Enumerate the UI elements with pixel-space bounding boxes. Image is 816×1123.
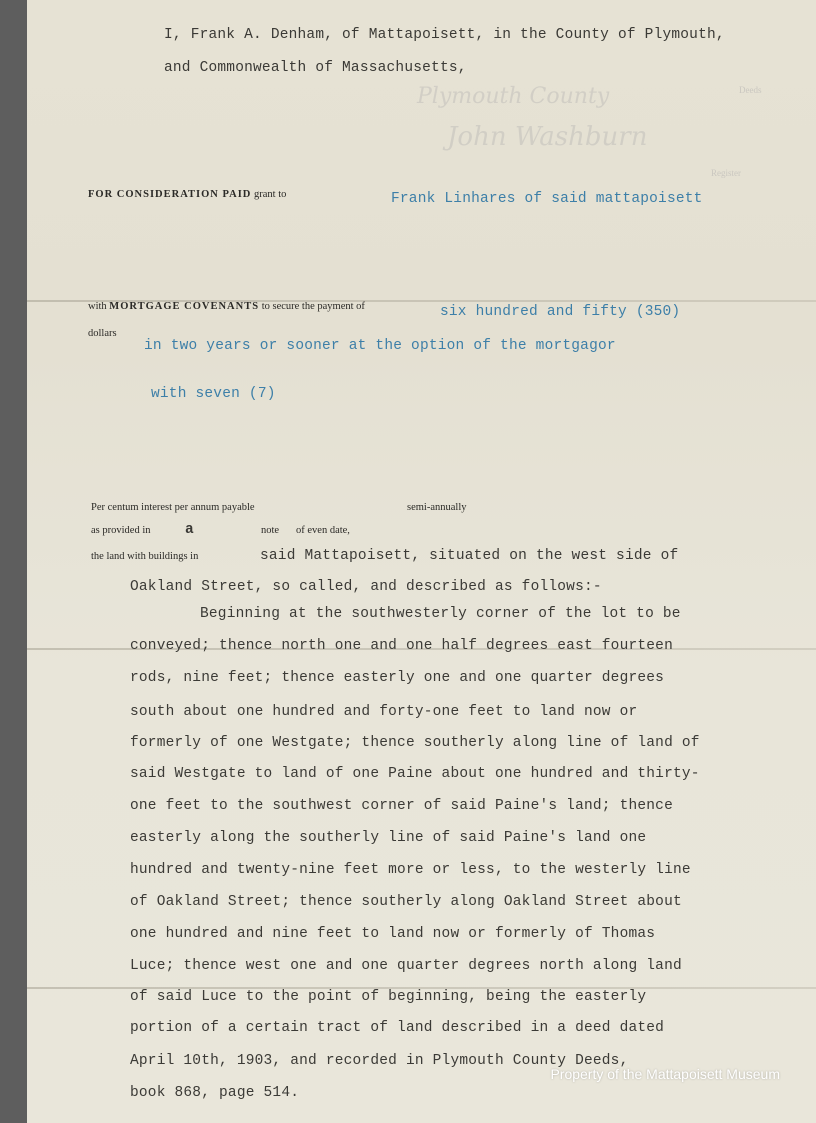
interest-rate: with seven (7) — [151, 386, 276, 402]
description-line: Beginning at the southwesterly corner of… — [200, 606, 681, 622]
mortgage-label-prefix: with — [88, 301, 107, 312]
description-line: one feet to the southwest corner of said… — [130, 798, 673, 814]
description-line: south about one hundred and forty-one fe… — [130, 704, 637, 720]
land-label: the land with buildings in — [91, 551, 198, 562]
deed-page: Plymouth County John Washburn Deeds Regi… — [27, 0, 816, 1123]
consideration-label: FOR CONSIDERATION PAID grant to — [88, 189, 286, 200]
description-line: one hundred and nine feet to land now or… — [130, 926, 655, 942]
grantor-line: I, Frank A. Denham, of Mattapoisett, in … — [164, 27, 725, 43]
description-line: said Westgate to land of one Paine about… — [130, 766, 700, 782]
mortgage-label-rest: to secure the payment of — [262, 301, 365, 312]
bleed-through-signature: John Washburn — [447, 122, 647, 152]
grantor-line: and Commonwealth of Massachusetts, — [164, 60, 467, 76]
description-line: rods, nine feet; thence easterly one and… — [130, 670, 664, 686]
description-line: said Mattapoisett, situated on the west … — [260, 548, 678, 564]
interest-label: Per centum interest per annum payable — [91, 502, 255, 513]
consideration-label-rest: grant to — [254, 189, 286, 200]
consideration-label-bold: FOR CONSIDERATION PAID — [88, 189, 251, 200]
description-line: Luce; thence west one and one quarter de… — [130, 958, 682, 974]
provided-label: as provided in — [91, 525, 151, 536]
bleed-through-script: Plymouth County — [417, 84, 609, 109]
description-line: Oakland Street, so called, and described… — [130, 579, 602, 595]
description-line: of Oakland Street; thence southerly alon… — [130, 894, 682, 910]
bleed-through-label: Deeds — [739, 85, 762, 95]
description-line: conveyed; thence north one and one half … — [130, 638, 673, 654]
note-label: note — [261, 525, 279, 536]
description-line: portion of a certain tract of land descr… — [130, 1020, 664, 1036]
description-line: of said Luce to the point of beginning, … — [130, 989, 646, 1005]
grantee-name: Frank Linhares of said mattapoisett — [391, 191, 703, 207]
museum-watermark: Property of the Mattapoisett Museum — [550, 1066, 780, 1082]
dollars-label: dollars — [88, 328, 117, 339]
payment-terms: in two years or sooner at the option of … — [144, 338, 616, 354]
mortgage-label-bold: MORTGAGE COVENANTS — [109, 301, 259, 312]
description-line: hundred and twenty-nine feet more or les… — [130, 862, 691, 878]
provided-value: a — [185, 522, 194, 538]
bleed-through-label: Register — [711, 168, 741, 178]
mortgage-amount: six hundred and fifty (350) — [440, 304, 680, 320]
description-line: easterly along the southerly line of sai… — [130, 830, 646, 846]
mortgage-covenants-label: with MORTGAGE COVENANTS to secure the pa… — [88, 301, 365, 312]
description-line: formerly of one Westgate; thence souther… — [130, 735, 700, 751]
description-line: book 868, page 514. — [130, 1085, 299, 1101]
even-date-label: of even date, — [296, 525, 350, 536]
payable-frequency: semi-annually — [407, 502, 466, 513]
